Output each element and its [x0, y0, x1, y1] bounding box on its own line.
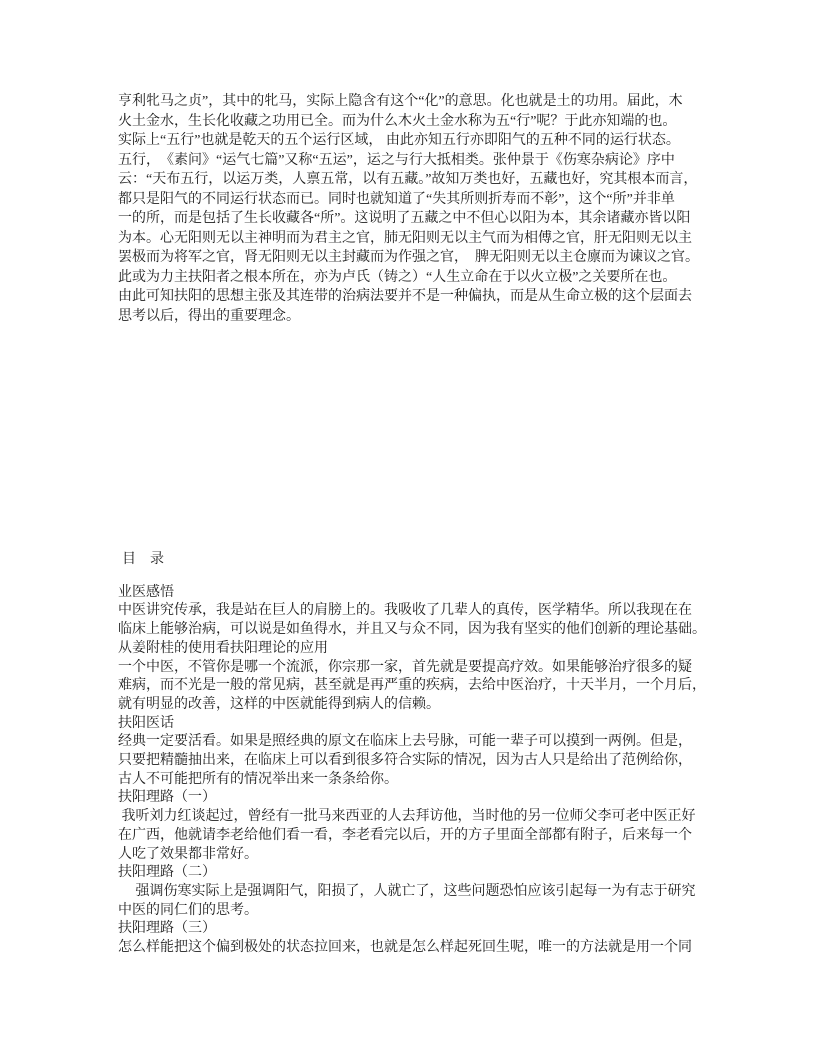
toc-entry: 扶阳理路（二） 强调伤寒实际上是强调阳气，阳损了，人就亡了，这些问题恐怕应该引起… — [118, 864, 706, 920]
toc-entry-heading: 从姜附桂的使用看扶阳理论的应用 — [118, 640, 706, 659]
toc-entry-heading: 扶阳理路（三） — [118, 920, 706, 939]
table-of-contents: 目 录 业医感悟 中医讲究传承，我是站在巨人的肩膀上的。我吸收了几辈人的真传，医… — [118, 551, 706, 958]
toc-entry-body: 经典一定要活看。如果是照经典的原文在临床上去号脉，可能一辈子可以摸到一两例。但是… — [118, 733, 706, 789]
toc-entry-heading: 扶阳理路（一） — [118, 789, 706, 808]
toc-entry-body: 我听刘力红谈起过，曾经有一批马来西亚的人去拜访他，当时他的另一位师父李可老中医正… — [118, 808, 706, 864]
intro-paragraph: 亨利牝马之贞”，其中的牝马，实际上隐含有这个“化”的意思。化也就是土的功用。届此… — [118, 92, 699, 326]
toc-entry: 扶阳医话 经典一定要活看。如果是照经典的原文在临床上去号脉，可能一辈子可以摸到一… — [118, 715, 706, 790]
toc-entry-body: 一个中医，不管你是哪一个流派，你宗那一家，首先就是要提高疗效。如果能够治疗很多的… — [118, 659, 706, 715]
toc-entries: 业医感悟 中医讲究传承，我是站在巨人的肩膀上的。我吸收了几辈人的真传，医学精华。… — [118, 584, 706, 958]
toc-entry-heading: 扶阳理路（二） — [118, 864, 706, 883]
toc-entry-body: 强调伤寒实际上是强调阳气，阳损了，人就亡了，这些问题恐怕应该引起每一为有志于研究… — [118, 883, 706, 920]
toc-entry: 从姜附桂的使用看扶阳理论的应用 一个中医，不管你是哪一个流派，你宗那一家，首先就… — [118, 640, 706, 715]
toc-entry: 扶阳理路（一） 我听刘力红谈起过，曾经有一批马来西亚的人去拜访他，当时他的另一位… — [118, 789, 706, 864]
toc-entry-body: 怎么样能把这个偏到极处的状态拉回来，也就是怎么样起死回生呢，唯一的方法就是用一个… — [118, 939, 706, 958]
toc-entry-body: 中医讲究传承，我是站在巨人的肩膀上的。我吸收了几辈人的真传，医学精华。所以我现在… — [118, 602, 706, 639]
toc-entry: 扶阳理路（三） 怎么样能把这个偏到极处的状态拉回来，也就是怎么样起死回生呢，唯一… — [118, 920, 706, 957]
toc-entry: 业医感悟 中医讲究传承，我是站在巨人的肩膀上的。我吸收了几辈人的真传，医学精华。… — [118, 584, 706, 640]
toc-title: 目 录 — [118, 551, 706, 570]
toc-entry-heading: 业医感悟 — [118, 584, 706, 603]
toc-entry-heading: 扶阳医话 — [118, 715, 706, 734]
document-page: 亨利牝马之贞”，其中的牝马，实际上隐含有这个“化”的意思。化也就是土的功用。届此… — [0, 0, 816, 1056]
